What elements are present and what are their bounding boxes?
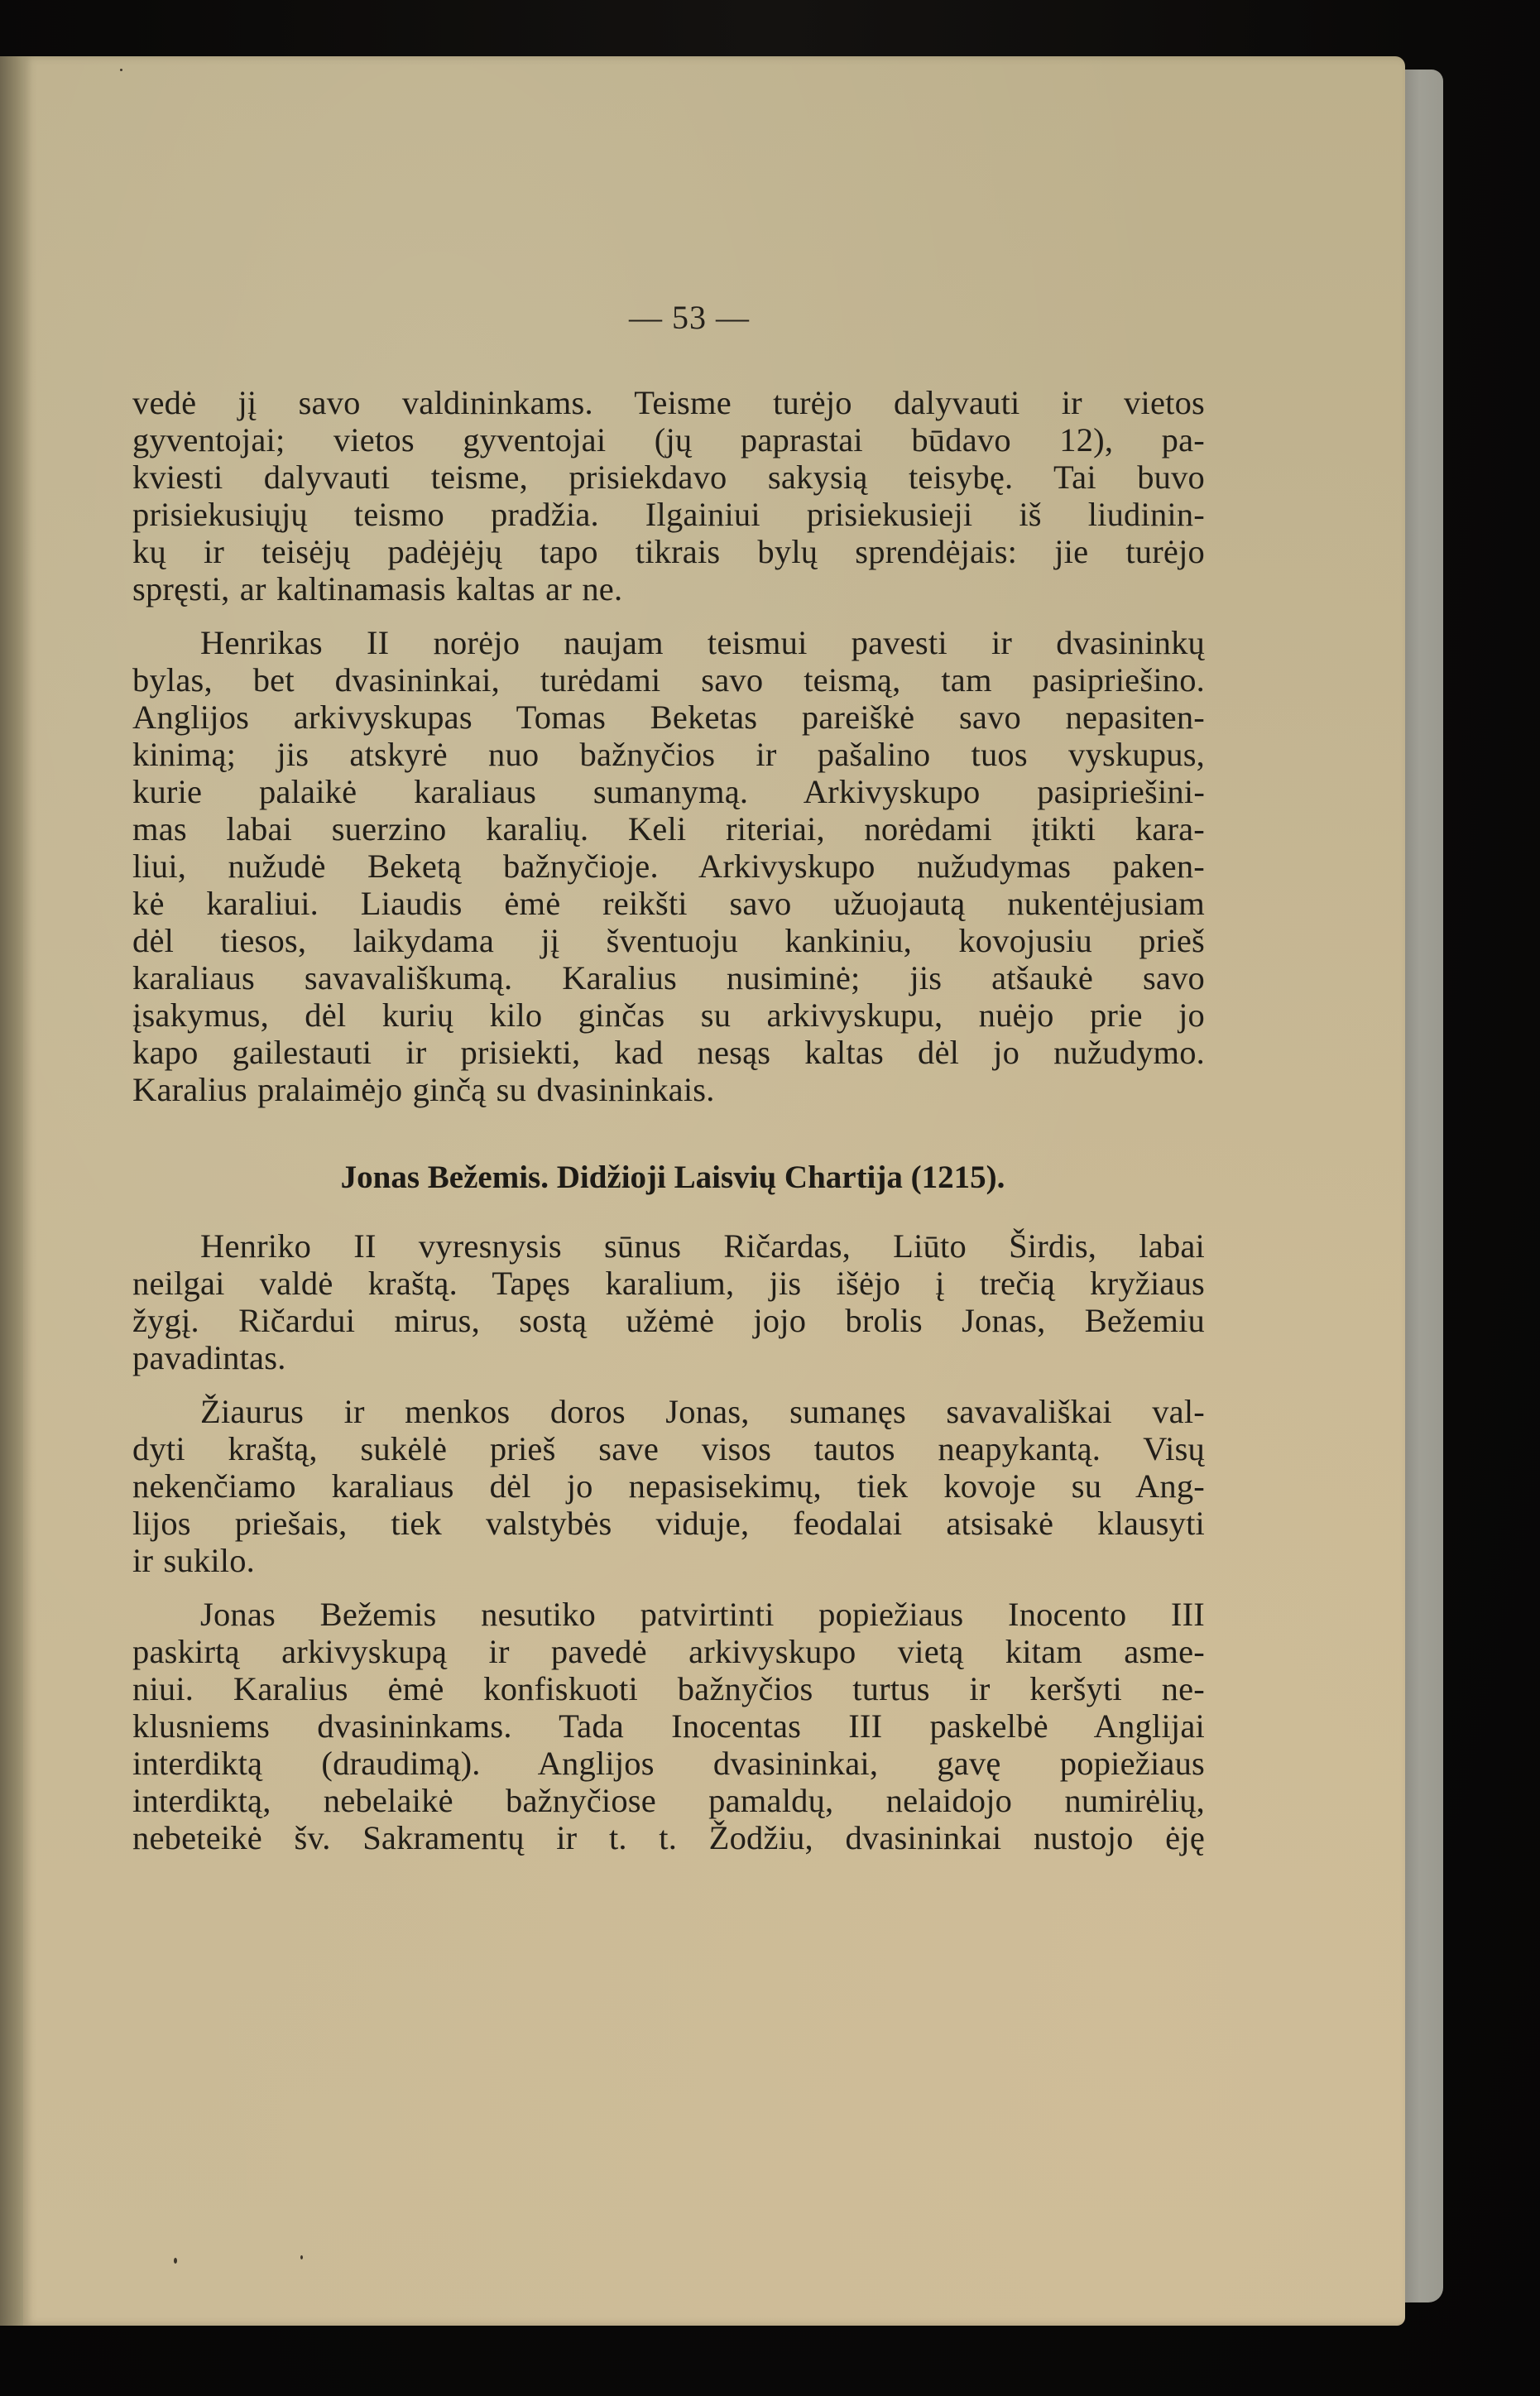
paragraph: vedė jį savo valdininkams. Teisme turėjo… xyxy=(132,384,1205,607)
paper-speck xyxy=(300,2255,303,2259)
text-line: mas labai suerzino karalių. Keli riteria… xyxy=(132,810,1205,847)
paragraph: Žiaurus ir menkos doros Jonas, sumanęs s… xyxy=(132,1393,1205,1579)
text-line: kurie palaikė karaliaus sumanymą. Arkivy… xyxy=(132,773,1205,810)
paragraph: Henrikas II norėjo naujam teismui pavest… xyxy=(132,624,1205,1108)
text-line: lijos priešais, tiek valstybės viduje, f… xyxy=(132,1505,1205,1542)
text-line: žygį. Ričardui mirus, sostą užėmė jojo b… xyxy=(132,1302,1205,1339)
text-line: gyventojai; vietos gyventojai (jų papras… xyxy=(132,421,1205,459)
text-line: prisiekusiųjų teismo pradžia. Ilgainiui … xyxy=(132,496,1205,533)
text-line: spręsti, ar kaltinamasis kaltas ar ne. xyxy=(132,570,1205,607)
text-line: kų ir teisėjų padėjėjų tapo tikrais bylų… xyxy=(132,533,1205,570)
text-line: karaliaus savavališkumą. Karalius nusimi… xyxy=(132,959,1205,996)
text-line: neilgai valdė kraštą. Tapęs karalium, ji… xyxy=(132,1265,1205,1302)
text-line: klusniems dvasininkams. Tada Inocentas I… xyxy=(132,1707,1205,1745)
text-line: kviesti dalyvauti teisme, prisiekdavo sa… xyxy=(132,459,1205,496)
text-line: pavadintas. xyxy=(132,1339,1205,1376)
text-line: liui, nužudė Beketą bažnyčioje. Arkivysk… xyxy=(132,847,1205,885)
page-number: — 53 — xyxy=(23,298,1355,337)
text-line: kinimą; jis atskyrė nuo bažnyčios ir paš… xyxy=(132,736,1205,773)
text-line: kė karaliui. Liaudis ėmė reikšti savo už… xyxy=(132,885,1205,922)
page-fore-edge xyxy=(1403,70,1443,2302)
paragraph: Jonas Bežemis nesutiko patvirtinti popie… xyxy=(132,1596,1205,1856)
text-line: Jonas Bežemis nesutiko patvirtinti popie… xyxy=(132,1596,1205,1633)
text-line: bylas, bet dvasininkai, turėdami savo te… xyxy=(132,661,1205,699)
text-line: Karalius pralaimėjo ginčą su dvasininkai… xyxy=(132,1071,1205,1108)
left-page-gutter xyxy=(0,56,25,2326)
text-line: kapo gailestauti ir prisiekti, kad nesąs… xyxy=(132,1034,1205,1071)
page-text: vedė jį savo valdininkams. Teisme turėjo… xyxy=(132,384,1205,1856)
text-line: niui. Karalius ėmė konfiskuoti bažnyčios… xyxy=(132,1670,1205,1707)
text-line: paskirtą arkivyskupą ir pavedė arkivysku… xyxy=(132,1633,1205,1670)
text-line: dėl tiesos, laikydama jį šventuoju kanki… xyxy=(132,922,1205,959)
text-line: vedė jį savo valdininkams. Teisme turėjo… xyxy=(132,384,1205,421)
text-line: Anglijos arkivyskupas Tomas Beketas pare… xyxy=(132,699,1205,736)
text-line: ir sukilo. xyxy=(132,1542,1205,1579)
section-heading: Jonas Bežemis. Didžioji Laisvių Chartija… xyxy=(132,1158,1205,1198)
text-line: interdiktą (draudimą). Anglijos dvasinin… xyxy=(132,1745,1205,1782)
text-line: nebeteikė šv. Sakramentų ir t. t. Žodžiu… xyxy=(132,1819,1205,1856)
paragraph: Henriko II vyresnysis sūnus Ričardas, Li… xyxy=(132,1227,1205,1376)
text-line: interdiktą, nebelaikė bažnyčiose pamaldų… xyxy=(132,1782,1205,1819)
text-line: dyti kraštą, sukėlė prieš save visos tau… xyxy=(132,1430,1205,1467)
text-line: nekenčiamo karaliaus dėl jo nepasisekimų… xyxy=(132,1467,1205,1505)
text-line: įsakymus, dėl kurių kilo ginčas su arkiv… xyxy=(132,996,1205,1034)
text-line: Henrikas II norėjo naujam teismui pavest… xyxy=(132,624,1205,661)
paper-speck xyxy=(120,69,122,71)
text-line: Henriko II vyresnysis sūnus Ričardas, Li… xyxy=(132,1227,1205,1265)
book-page: — 53 — vedė jį savo valdininkams. Teisme… xyxy=(23,56,1405,2326)
text-line: Žiaurus ir menkos doros Jonas, sumanęs s… xyxy=(132,1393,1205,1430)
paper-speck xyxy=(174,2258,177,2264)
